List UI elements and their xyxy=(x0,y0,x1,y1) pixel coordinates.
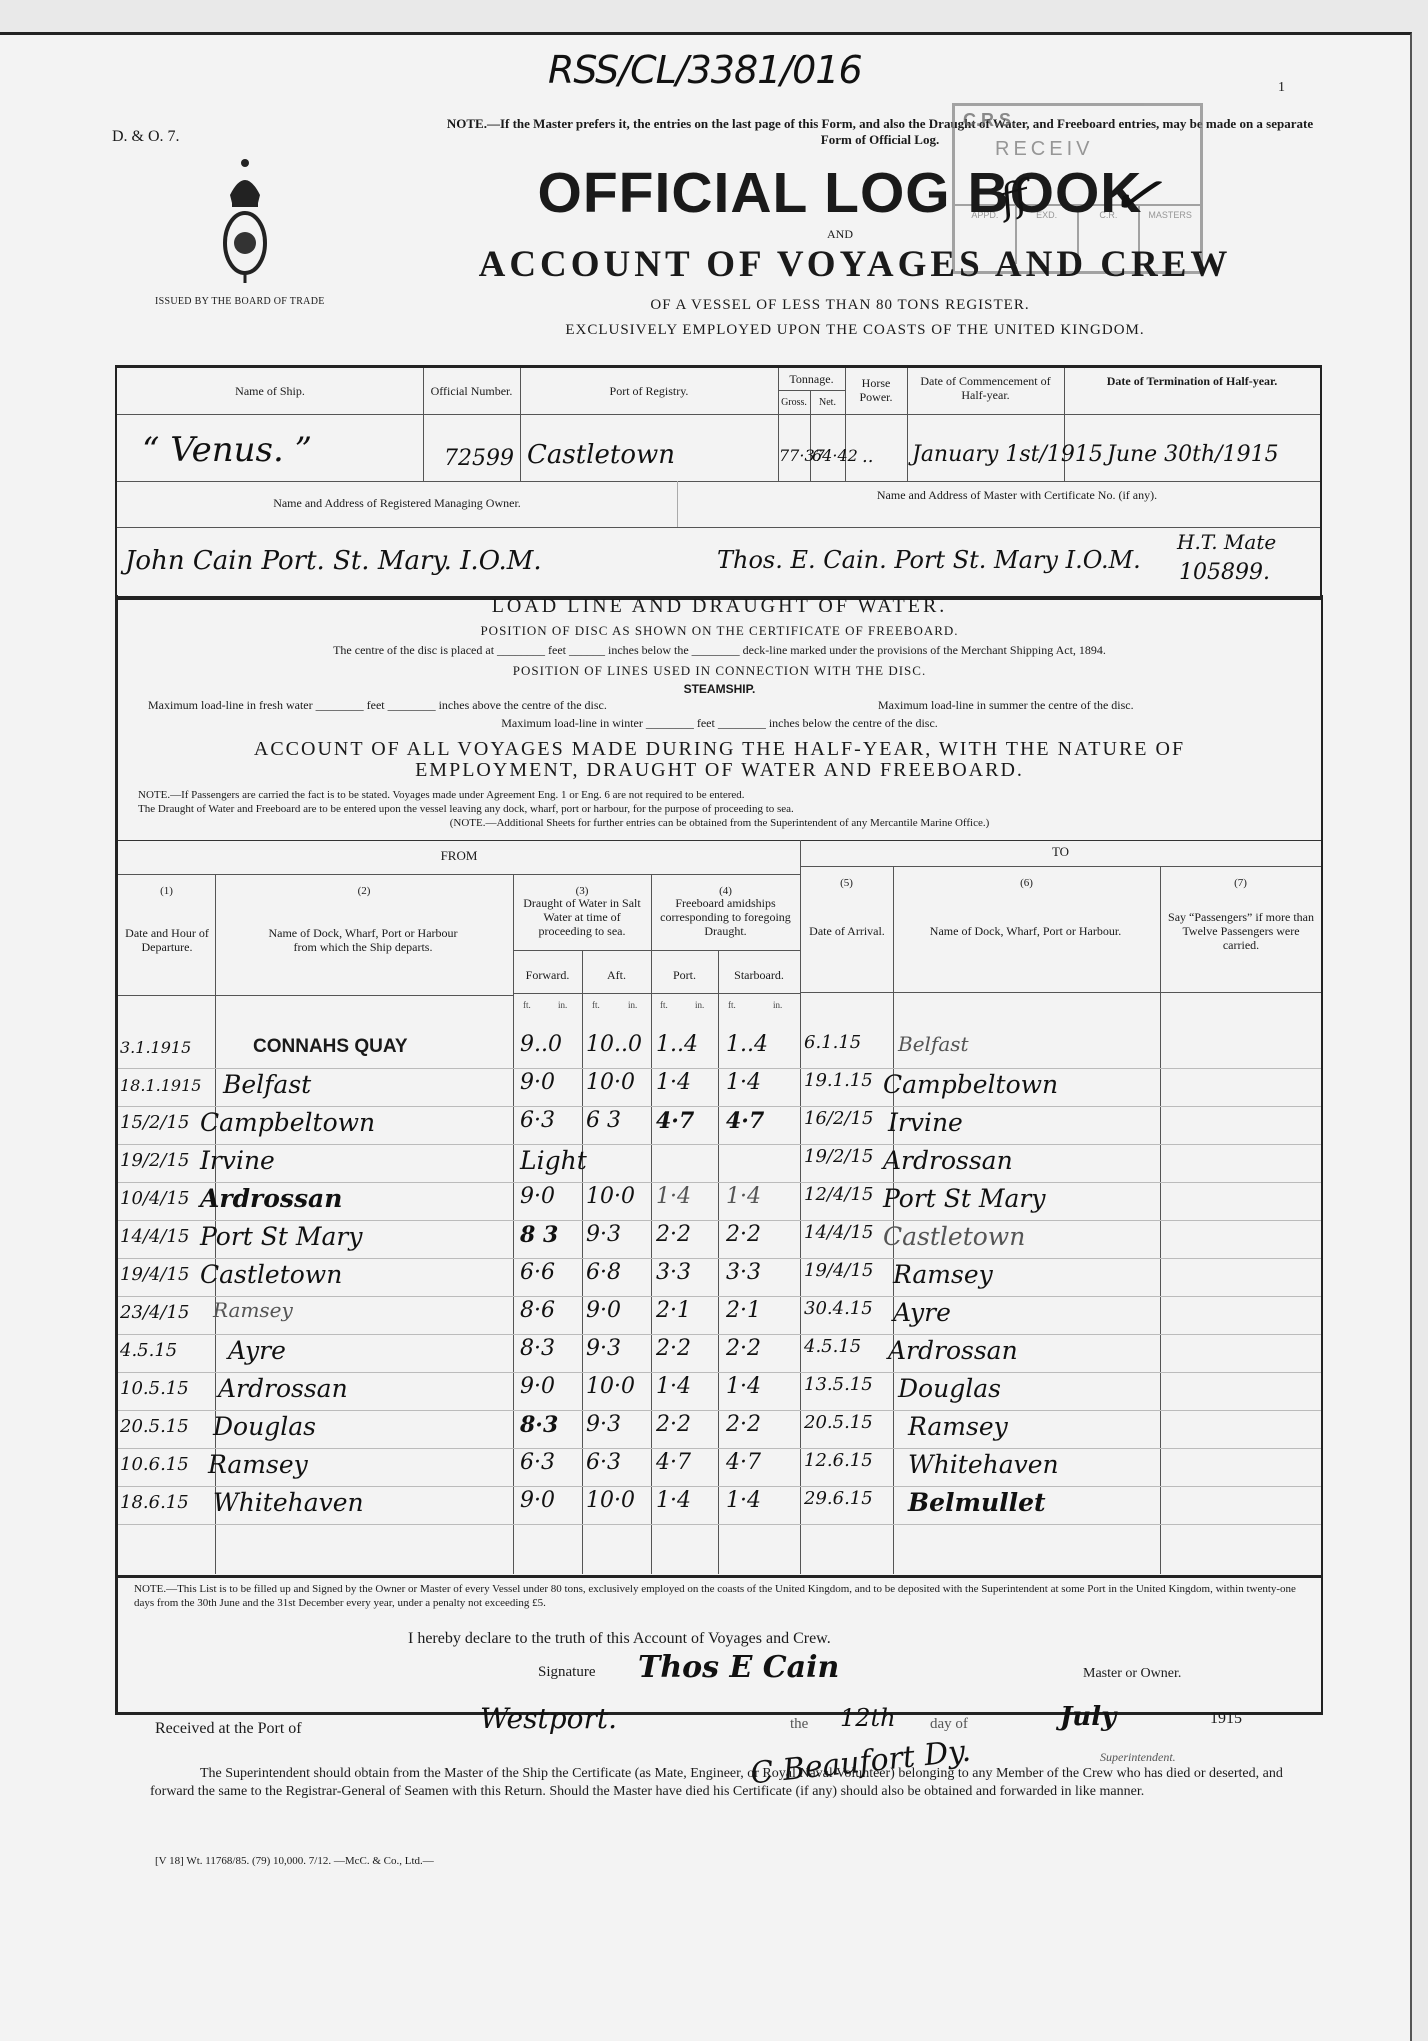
draught-forward: 8·3 xyxy=(520,1412,558,1438)
freeboard-starboard: 1·4 xyxy=(726,1184,761,1209)
account-heading-2: EMPLOYMENT, DRAUGHT OF WATER AND FREEBOA… xyxy=(118,759,1321,782)
day-of-label: day of xyxy=(930,1716,968,1733)
draught-aft: 9·3 xyxy=(586,1222,621,1247)
received-month: July xyxy=(1060,1702,1116,1732)
arrival-date: 6.1.15 xyxy=(804,1032,861,1053)
freeboard-port: 2·2 xyxy=(656,1222,691,1247)
draught-forward: 9·0 xyxy=(520,1070,555,1095)
arrival-date: 12/4/15 xyxy=(804,1184,873,1205)
group-to: TO xyxy=(800,845,1321,859)
master-certificate-grade: H.T. Mate xyxy=(1177,530,1276,554)
from-port: CONNAHS QUAY xyxy=(253,1036,408,1058)
received-year: 1915 xyxy=(1210,1710,1242,1728)
col-label-from-port: Name of Dock, Wharf, Port or Harbour fro… xyxy=(268,926,458,954)
draught-aft: 10·0 xyxy=(586,1488,635,1513)
subtitle-coasts: EXCLUSIVELY EMPLOYED UPON THE COASTS OF … xyxy=(440,322,1270,339)
issued-by-label: ISSUED BY THE BOARD OF TRADE xyxy=(155,296,325,307)
arrival-date: 19/2/15 xyxy=(804,1146,873,1167)
account-heading-1: ACCOUNT OF ALL VOYAGES MADE DURING THE H… xyxy=(118,738,1321,761)
departure-date: 23/4/15 xyxy=(120,1302,189,1323)
table-row: 18.6.15 Whitehaven 9·0 10·0 1·4 1·4 29.6… xyxy=(118,1488,1321,1526)
freeboard-port: 1..4 xyxy=(656,1032,698,1057)
freeboard-port: 2·2 xyxy=(656,1412,691,1437)
unit-ft: ft. xyxy=(592,1000,600,1010)
draught-forward: Light xyxy=(520,1146,587,1175)
label-port-of-registry: Port of Registry. xyxy=(520,384,778,398)
departure-date: 10.5.15 xyxy=(120,1378,189,1399)
received-port: Westport. xyxy=(480,1702,617,1735)
col-label-draught: Draught of Water in Salt Water at time o… xyxy=(516,896,648,938)
to-port: Campbeltown xyxy=(883,1070,1058,1099)
signature-role: Master or Owner. xyxy=(1083,1666,1181,1682)
freeboard-port: 3·3 xyxy=(656,1260,691,1285)
unit-in: in. xyxy=(558,1000,567,1010)
freeboard-port: 1·4 xyxy=(656,1070,691,1095)
to-port: Douglas xyxy=(898,1374,1001,1403)
stamp-head: C.R.S. xyxy=(963,110,1016,131)
freeboard-starboard: 4·7 xyxy=(726,1108,764,1134)
draught-forward: 6·3 xyxy=(520,1108,555,1133)
from-port: Ardrossan xyxy=(200,1184,342,1213)
draught-aft: 6 3 xyxy=(586,1108,621,1133)
from-port: Belfast xyxy=(223,1070,311,1099)
date-termination-value: June 30th/1915 xyxy=(1107,442,1279,467)
unit-in: in. xyxy=(695,1000,704,1010)
freeboard-starboard: 1·4 xyxy=(726,1070,761,1095)
unit-ft: ft. xyxy=(523,1000,531,1010)
master-signature: Thos E Cain xyxy=(638,1650,839,1685)
to-port: Castletown xyxy=(883,1222,1025,1251)
freeboard-starboard: 2·2 xyxy=(726,1222,761,1247)
freeboard-port: 4·7 xyxy=(656,1108,694,1134)
col-label-departure-date: Date and Hour of Departure. xyxy=(122,926,212,954)
draught-aft: 10..0 xyxy=(586,1032,642,1057)
unit-ft: ft. xyxy=(728,1000,736,1010)
arrival-date: 14/4/15 xyxy=(804,1222,873,1243)
superintendent-instruction: The Superintendent should obtain from th… xyxy=(150,1765,1320,1801)
master-value: Thos. E. Cain. Port St. Mary I.O.M. xyxy=(717,546,1141,574)
draught-forward: 9..0 xyxy=(520,1032,562,1057)
account-note-3: (NOTE.—Additional Sheets for further ent… xyxy=(118,817,1321,829)
royal-crest-icon xyxy=(220,155,270,285)
departure-date: 19/2/15 xyxy=(120,1150,189,1171)
unit-in: in. xyxy=(628,1000,637,1010)
freeboard-starboard: 1·4 xyxy=(726,1374,761,1399)
departure-date: 18.6.15 xyxy=(120,1492,189,1513)
reference-code: RSS/CL/3381/016 xyxy=(548,48,862,92)
arrival-date: 19/4/15 xyxy=(804,1260,873,1281)
col-num-2: (2) xyxy=(215,884,513,898)
label-owner: Name and Address of Registered Managing … xyxy=(117,496,677,510)
table-row: 4.5.15 Ayre 8·3 9·3 2·2 2·2 4.5.15 Ardro… xyxy=(118,1336,1321,1374)
from-port: Port St Mary xyxy=(200,1222,363,1251)
draught-forward: 6·3 xyxy=(520,1450,555,1475)
draught-aft: 9·3 xyxy=(586,1336,621,1361)
to-port: Ramsey xyxy=(893,1260,993,1289)
subcol-port: Port. xyxy=(651,968,718,982)
draught-aft: 9·0 xyxy=(586,1298,621,1323)
to-port: Port St Mary xyxy=(883,1184,1046,1213)
table-row: 18.1.1915 Belfast 9·0 10·0 1·4 1·4 19.1.… xyxy=(118,1070,1321,1108)
subcol-starboard: Starboard. xyxy=(718,968,800,982)
subcol-forward: Forward. xyxy=(513,968,582,982)
official-number-value: 72599 xyxy=(423,446,520,471)
horse-power-value: .. xyxy=(862,446,873,467)
table-row: 14/4/15 Port St Mary 8 3 9·3 2·2 2·2 14/… xyxy=(118,1222,1321,1260)
ship-name-value: “ Venus. ” xyxy=(142,430,312,470)
freeboard-starboard: 2·2 xyxy=(726,1336,761,1361)
account-note-1: NOTE.—If Passengers are carried the fact… xyxy=(138,789,745,801)
freeboard-port: 1·4 xyxy=(656,1488,691,1513)
net-tonnage-value: 64·42 xyxy=(812,446,858,465)
to-port: Belmullet xyxy=(908,1488,1046,1517)
freeboard-starboard: 2·1 xyxy=(726,1298,761,1323)
freeboard-starboard: 1..4 xyxy=(726,1032,768,1057)
label-gross: Gross. xyxy=(778,396,810,410)
to-port: Ramsey xyxy=(908,1412,1008,1441)
col-num-1: (1) xyxy=(118,884,215,898)
from-port: Ramsey xyxy=(213,1298,293,1322)
departure-date: 10/4/15 xyxy=(120,1188,189,1209)
draught-aft: 6·3 xyxy=(586,1450,621,1475)
arrival-date: 4.5.15 xyxy=(804,1336,861,1357)
arrival-date: 13.5.15 xyxy=(804,1374,873,1395)
table-row: 15/2/15 Campbeltown 6·3 6 3 4·7 4·7 16/2… xyxy=(118,1108,1321,1146)
port-of-registry-value: Castletown xyxy=(527,440,675,470)
draught-aft: 10·0 xyxy=(586,1374,635,1399)
departure-date: 3.1.1915 xyxy=(120,1038,191,1057)
departure-date: 10.6.15 xyxy=(120,1454,189,1475)
summer-line: Maximum load-line in summer the centre o… xyxy=(878,698,1134,713)
arrival-date: 19.1.15 xyxy=(804,1070,873,1091)
freeboard-port: 1·4 xyxy=(656,1374,691,1399)
col-label-to-port: Name of Dock, Wharf, Port or Harbour. xyxy=(918,924,1133,938)
departure-date: 4.5.15 xyxy=(120,1340,177,1361)
freeboard-starboard: 2·2 xyxy=(726,1412,761,1437)
fresh-water-line: Maximum load-line in fresh water _______… xyxy=(148,698,607,713)
subtitle-vessel: OF A VESSEL OF LESS THAN 80 TONS REGISTE… xyxy=(440,297,1240,314)
draught-aft: 6·8 xyxy=(586,1260,621,1285)
table-row: 23/4/15 Ramsey 8·6 9·0 2·1 2·1 30.4.15 A… xyxy=(118,1298,1321,1336)
group-from: FROM xyxy=(118,849,800,863)
disc-heading: POSITION OF DISC AS SHOWN ON THE CERTIFI… xyxy=(118,623,1321,639)
to-port: Ardrossan xyxy=(883,1146,1013,1175)
superintendent-label: Superintendent. xyxy=(1100,1750,1176,1765)
col-label-arrival-date: Date of Arrival. xyxy=(808,924,886,938)
departure-date: 14/4/15 xyxy=(120,1226,189,1247)
unit-ft: ft. xyxy=(660,1000,668,1010)
label-horse-power: Horse Power. xyxy=(845,376,907,404)
master-certificate-number: 105899. xyxy=(1179,560,1270,585)
label-date-termination: Date of Termination of Half-year. xyxy=(1064,374,1320,388)
label-date-commencement: Date of Commencement of Half-year. xyxy=(907,374,1064,402)
table-row: 10.5.15 Ardrossan 9·0 10·0 1·4 1·4 13.5.… xyxy=(118,1374,1321,1412)
from-port: Douglas xyxy=(213,1412,316,1441)
printer-line: [V 18] Wt. 11768/85. (79) 10,000. 7/12. … xyxy=(155,1855,434,1867)
draught-forward: 8 3 xyxy=(520,1222,558,1248)
col-label-freeboard: Freeboard amidships corresponding to for… xyxy=(654,896,797,938)
declaration-text: I hereby declare to the truth of this Ac… xyxy=(408,1630,831,1648)
arrival-date: 16/2/15 xyxy=(804,1108,873,1129)
to-port: Ardrossan xyxy=(888,1336,1018,1365)
arrival-date: 29.6.15 xyxy=(804,1488,873,1509)
to-port: Irvine xyxy=(888,1108,963,1137)
table-row: 3.1.1915 CONNAHS QUAY 9..0 10..0 1..4 1.… xyxy=(118,1032,1321,1070)
subcol-aft: Aft. xyxy=(582,968,651,982)
freeboard-port: 2·2 xyxy=(656,1336,691,1361)
col-label-passengers: Say “Passengers” if more than Twelve Pas… xyxy=(1166,910,1316,952)
account-note-2: The Draught of Water and Freeboard are t… xyxy=(138,803,794,815)
title-and: AND xyxy=(440,227,1240,242)
table-row: 10.6.15 Ramsey 6·3 6·3 4·7 4·7 12.6.15 W… xyxy=(118,1450,1321,1488)
table-row: 20.5.15 Douglas 8·3 9·3 2·2 2·2 20.5.15 … xyxy=(118,1412,1321,1450)
load-line-section: LOAD LINE AND DRAUGHT OF WATER. POSITION… xyxy=(115,595,1323,840)
voyages-table: FROM TO (1) Date and Hour of Departure. … xyxy=(115,840,1323,1715)
signature-label: Signature xyxy=(538,1664,596,1681)
departure-date: 19/4/15 xyxy=(120,1264,189,1285)
col-num-5: (5) xyxy=(800,876,893,890)
departure-date: 15/2/15 xyxy=(120,1112,189,1133)
received-day: 12th xyxy=(840,1704,896,1732)
steamship-label: STEAMSHIP. xyxy=(118,682,1321,696)
from-port: Whitehaven xyxy=(213,1488,364,1517)
freeboard-starboard: 4·7 xyxy=(726,1450,761,1475)
freeboard-starboard: 3·3 xyxy=(726,1260,761,1285)
load-line-title: LOAD LINE AND DRAUGHT OF WATER. xyxy=(118,595,1321,618)
draught-aft: 10·0 xyxy=(586,1070,635,1095)
date-commencement-value: January 1st/1915 xyxy=(912,442,1103,467)
arrival-date: 30.4.15 xyxy=(804,1298,873,1319)
label-master: Name and Address of Master with Certific… xyxy=(737,488,1297,502)
to-port: Belfast xyxy=(898,1032,969,1056)
freeboard-port: 1·4 xyxy=(656,1184,691,1209)
the-label: the xyxy=(790,1716,808,1733)
table-row: 19/4/15 Castletown 6·6 6·8 3·3 3·3 19/4/… xyxy=(118,1260,1321,1298)
from-port: Campbeltown xyxy=(200,1108,375,1137)
list-note: NOTE.—This List is to be filled up and S… xyxy=(134,1582,1309,1610)
arrival-date: 20.5.15 xyxy=(804,1412,873,1433)
from-port: Castletown xyxy=(200,1260,342,1289)
label-net: Net. xyxy=(810,396,845,410)
table-row: 10/4/15 Ardrossan 9·0 10·0 1·4 1·4 12/4/… xyxy=(118,1184,1321,1222)
winter-line: Maximum load-line in winter ________ fee… xyxy=(118,716,1321,731)
col-num-6: (6) xyxy=(893,876,1160,890)
stamp-received: RECEIV xyxy=(995,138,1093,161)
to-port: Whitehaven xyxy=(908,1450,1059,1479)
draught-aft: 9·3 xyxy=(586,1412,621,1437)
label-name-of-ship: Name of Ship. xyxy=(117,384,423,398)
label-official-number: Official Number. xyxy=(423,384,520,398)
page-number: 1 xyxy=(1278,80,1285,96)
draught-forward: 9·0 xyxy=(520,1184,555,1209)
freeboard-starboard: 1·4 xyxy=(726,1488,761,1513)
draught-aft: 10·0 xyxy=(586,1184,635,1209)
from-port: Ayre xyxy=(228,1336,286,1365)
freeboard-port: 2·1 xyxy=(656,1298,691,1323)
unit-in: in. xyxy=(773,1000,782,1010)
from-port: Ardrossan xyxy=(218,1374,348,1403)
from-port: Irvine xyxy=(200,1146,275,1175)
owner-value: John Cain Port. St. Mary. I.O.M. xyxy=(125,546,542,576)
received-label: Received at the Port of xyxy=(155,1720,302,1738)
draught-forward: 8·3 xyxy=(520,1336,555,1361)
subtitle: ACCOUNT OF VOYAGES AND CREW xyxy=(440,243,1270,286)
disc-line: The centre of the disc is placed at ____… xyxy=(118,643,1321,658)
freeboard-port: 4·7 xyxy=(656,1450,691,1475)
arrival-date: 12.6.15 xyxy=(804,1450,873,1471)
form-code: D. & O. 7. xyxy=(112,128,180,146)
label-tonnage: Tonnage. xyxy=(778,372,845,386)
lines-heading: POSITION OF LINES USED IN CONNECTION WIT… xyxy=(118,663,1321,679)
departure-date: 20.5.15 xyxy=(120,1416,189,1437)
draught-forward: 9·0 xyxy=(520,1488,555,1513)
draught-forward: 8·6 xyxy=(520,1298,555,1323)
to-port: Ayre xyxy=(893,1298,951,1327)
ship-particulars-table: Name of Ship. Official Number. Port of R… xyxy=(115,365,1322,600)
table-row: 19/2/15 Irvine Light 19/2/15 Ardrossan xyxy=(118,1146,1321,1184)
departure-date: 18.1.1915 xyxy=(120,1076,201,1095)
from-port: Ramsey xyxy=(208,1450,308,1479)
col-num-7: (7) xyxy=(1160,876,1321,890)
draught-forward: 9·0 xyxy=(520,1374,555,1399)
draught-forward: 6·6 xyxy=(520,1260,555,1285)
